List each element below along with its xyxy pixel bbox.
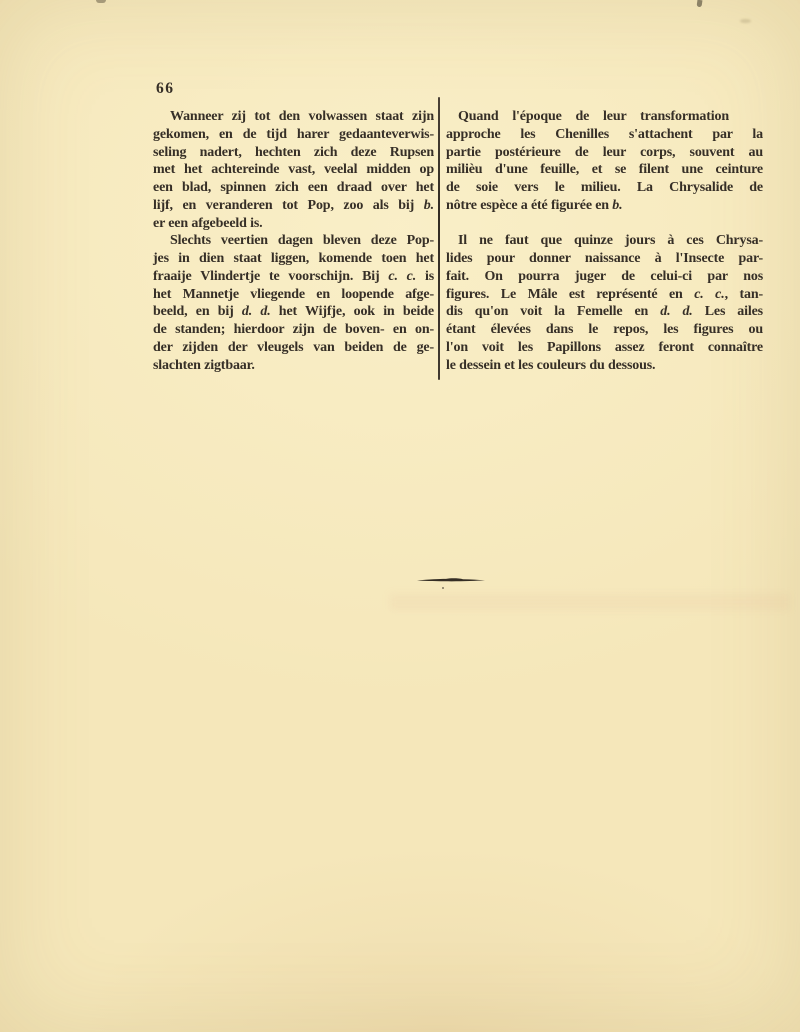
text-line: fait. On pourra juger de celui-ci par no… <box>446 268 763 286</box>
french-text-column: Quand l'époque de leur transformationapp… <box>446 108 763 374</box>
text-line: approche les Chenilles s'attachent par l… <box>446 126 763 144</box>
text-line: er een afgebeeld is. <box>153 215 434 233</box>
paragraph: Wanneer zij tot den volwassen staat zijn… <box>153 108 434 232</box>
text-line: nôtre espèce a été figurée en b. <box>446 197 763 215</box>
text-line: der zijden der vleugels van beiden de ge… <box>153 339 434 357</box>
text-line: lides pour donner naissance à l'Insecte … <box>446 250 763 268</box>
section-end-dash-ornament <box>417 575 485 591</box>
column-divider-rule <box>438 97 440 380</box>
text-line: Il ne faut que quinze jours à ces Chrysa… <box>446 232 763 250</box>
text-line: milièu d'une feuille, et se filent une c… <box>446 161 763 179</box>
text-line: de soie vers le milieu. La Chrysalide de <box>446 179 763 197</box>
text-line: figures. Le Mâle est représenté en c. c.… <box>446 286 763 304</box>
text-line: beeld, en bij d. d. het Wijfje, ook in b… <box>153 303 434 321</box>
text-line: Slechts veertien dagen bleven deze Pop- <box>153 232 434 250</box>
scan-artifact <box>96 0 106 3</box>
text-line: fraaije Vlindertje te voorschijn. Bij c.… <box>153 268 434 286</box>
dutch-text-column: Wanneer zij tot den volwassen staat zijn… <box>153 108 434 374</box>
text-line: partie postérieure de leur corps, souven… <box>446 144 763 162</box>
paragraph: Quand l'époque de leur transformationapp… <box>446 108 763 215</box>
scan-artifact <box>697 0 703 7</box>
text-line: Quand l'époque de leur transformation <box>446 108 763 126</box>
scanned-book-page: 66 Wanneer zij tot den volwassen staat z… <box>0 0 800 1032</box>
text-line: met het achtereinde vast, veelal midden … <box>153 161 434 179</box>
text-line: het Mannetje vliegende en loopende afge- <box>153 286 434 304</box>
scan-artifact <box>740 19 751 23</box>
text-line: slachten zigtbaar. <box>153 357 434 375</box>
scan-artifact <box>390 594 790 610</box>
text-line: gekomen, en de tijd harer gedaanteverwis… <box>153 126 434 144</box>
text-line: dis qu'on voit la Femelle en d. d. Les a… <box>446 303 763 321</box>
page-number: 66 <box>156 80 175 98</box>
text-line: de standen; hierdoor zijn de boven- en o… <box>153 321 434 339</box>
text-line: seling nadert, hechten zich deze Rupsen <box>153 144 434 162</box>
text-line: jes in dien staat liggen, komende toen h… <box>153 250 434 268</box>
paragraph: Il ne faut que quinze jours à ces Chrysa… <box>446 232 763 374</box>
text-line: een blad, spinnen zich een draad over he… <box>153 179 434 197</box>
text-line: étant élevées dans le repos, les figures… <box>446 321 763 339</box>
text-line: lijf, en veranderen tot Pop, zoo als bij… <box>153 197 434 215</box>
text-line: le dessein et les couleurs du dessous. <box>446 357 763 375</box>
text-line: Wanneer zij tot den volwassen staat zijn <box>153 108 434 126</box>
paragraph: Slechts veertien dagen bleven deze Pop-j… <box>153 232 434 374</box>
text-line: l'on voit les Papillons assez feront con… <box>446 339 763 357</box>
